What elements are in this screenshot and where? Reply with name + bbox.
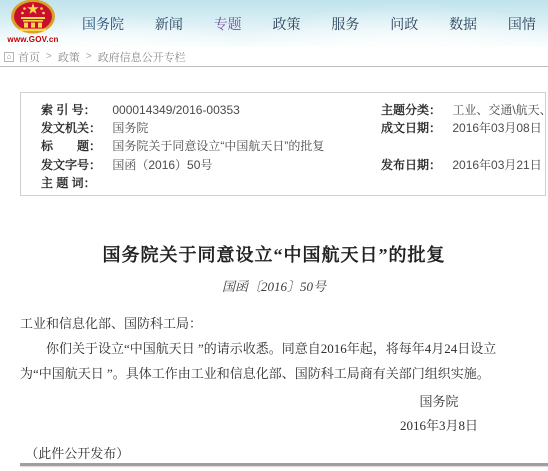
- meta-label: 主题分类：: [381, 101, 449, 119]
- meta-row-issuing-agency: 发文机关： 国务院: [41, 119, 371, 137]
- meta-column-right: 主题分类： 工业、交通\航天、航空 成文日期： 2016年03月08日 发布日期…: [381, 101, 546, 174]
- meta-value: 工业、交通\航天、航空: [452, 103, 548, 117]
- sign-date: 2016年3月8日: [400, 414, 478, 438]
- meta-row-subject-words: 主 题 词：: [41, 174, 371, 192]
- breadcrumb: ⌂ 首页 > 政策 > 政府信息公开专栏: [0, 47, 548, 66]
- breadcrumb-home[interactable]: 首页: [18, 49, 40, 65]
- nav-item-data[interactable]: 数据: [449, 14, 477, 34]
- meta-value: 国务院: [112, 121, 148, 135]
- document-paragraph: 你们关于设立“中国航天日 ”的请示收悉。同意自2016年起，将每年4月24日设立…: [20, 336, 528, 386]
- page: www.GOV.cn 国务院 新闻 专题 政策 服务 问政 数据 国情 ⌂ 首页…: [0, 0, 548, 471]
- document-salutation: 工业和信息化部、国防科工局：: [20, 311, 528, 336]
- meta-label: 索 引 号：: [41, 101, 109, 119]
- main-nav: 国务院 新闻 专题 政策 服务 问政 数据 国情: [82, 0, 536, 47]
- header-divider: [0, 66, 548, 67]
- meta-label: 发文机关：: [41, 119, 109, 137]
- meta-row-written-date: 成文日期： 2016年03月08日: [381, 119, 546, 137]
- nav-item-topics[interactable]: 专题: [214, 14, 242, 34]
- meta-label: 成文日期：: [381, 119, 449, 137]
- document-body: 工业和信息化部、国防科工局： 你们关于设立“中国航天日 ”的请示收悉。同意自20…: [20, 311, 528, 386]
- meta-label: 发文字号：: [41, 156, 109, 174]
- breadcrumb-info-disclosure[interactable]: 政府信息公开专栏: [98, 49, 186, 65]
- meta-label: 发布日期：: [381, 156, 449, 174]
- nav-item-policy[interactable]: 政策: [273, 14, 301, 34]
- meta-row-theme-category: 主题分类： 工业、交通\航天、航空: [381, 101, 546, 119]
- document-title: 国务院关于同意设立“中国航天日”的批复: [0, 241, 548, 267]
- nav-item-state-council[interactable]: 国务院: [82, 14, 124, 34]
- national-emblem-icon: [10, 0, 56, 35]
- meta-row-spacer: [381, 137, 546, 155]
- breadcrumb-separator: >: [46, 51, 52, 62]
- bottom-divider-bar: [20, 463, 548, 466]
- meta-column-left: 索 引 号： 000014349/2016-00353 发文机关： 国务院 标 …: [41, 101, 371, 192]
- site-header: www.GOV.cn 国务院 新闻 专题 政策 服务 问政 数据 国情: [0, 0, 548, 47]
- meta-row-doc-number: 发文字号： 国函（2016）50号: [41, 156, 371, 174]
- document-meta-box: 索 引 号： 000014349/2016-00353 发文机关： 国务院 标 …: [20, 92, 546, 196]
- nav-item-news[interactable]: 新闻: [155, 14, 183, 34]
- document-number: 国函〔2016〕50号: [0, 276, 548, 295]
- meta-value: 2016年03月21日: [452, 158, 541, 172]
- meta-label: 标 题：: [41, 137, 109, 155]
- nav-item-interaction[interactable]: 问政: [390, 14, 418, 34]
- nav-item-services[interactable]: 服务: [331, 14, 359, 34]
- breadcrumb-policy[interactable]: 政策: [58, 49, 80, 65]
- meta-label: 主 题 词：: [41, 174, 109, 192]
- signature-block: 国务院 2016年3月8日: [400, 390, 478, 438]
- meta-row-publish-date: 发布日期： 2016年03月21日: [381, 156, 546, 174]
- nav-item-national[interactable]: 国情: [508, 14, 536, 34]
- breadcrumb-separator: >: [86, 51, 92, 62]
- signer: 国务院: [400, 390, 478, 414]
- meta-row-title: 标 题： 国务院关于同意设立“中国航天日”的批复: [41, 137, 371, 155]
- meta-value: 国函（2016）50号: [112, 158, 212, 172]
- logo-text: www.GOV.cn: [4, 35, 62, 44]
- meta-value: 000014349/2016-00353: [112, 103, 239, 117]
- gov-logo[interactable]: www.GOV.cn: [4, 0, 62, 44]
- meta-value: 国务院关于同意设立“中国航天日”的批复: [112, 139, 324, 153]
- meta-value: 2016年03月08日: [452, 121, 541, 135]
- home-icon: ⌂: [4, 52, 14, 62]
- meta-row-index-number: 索 引 号： 000014349/2016-00353: [41, 101, 371, 119]
